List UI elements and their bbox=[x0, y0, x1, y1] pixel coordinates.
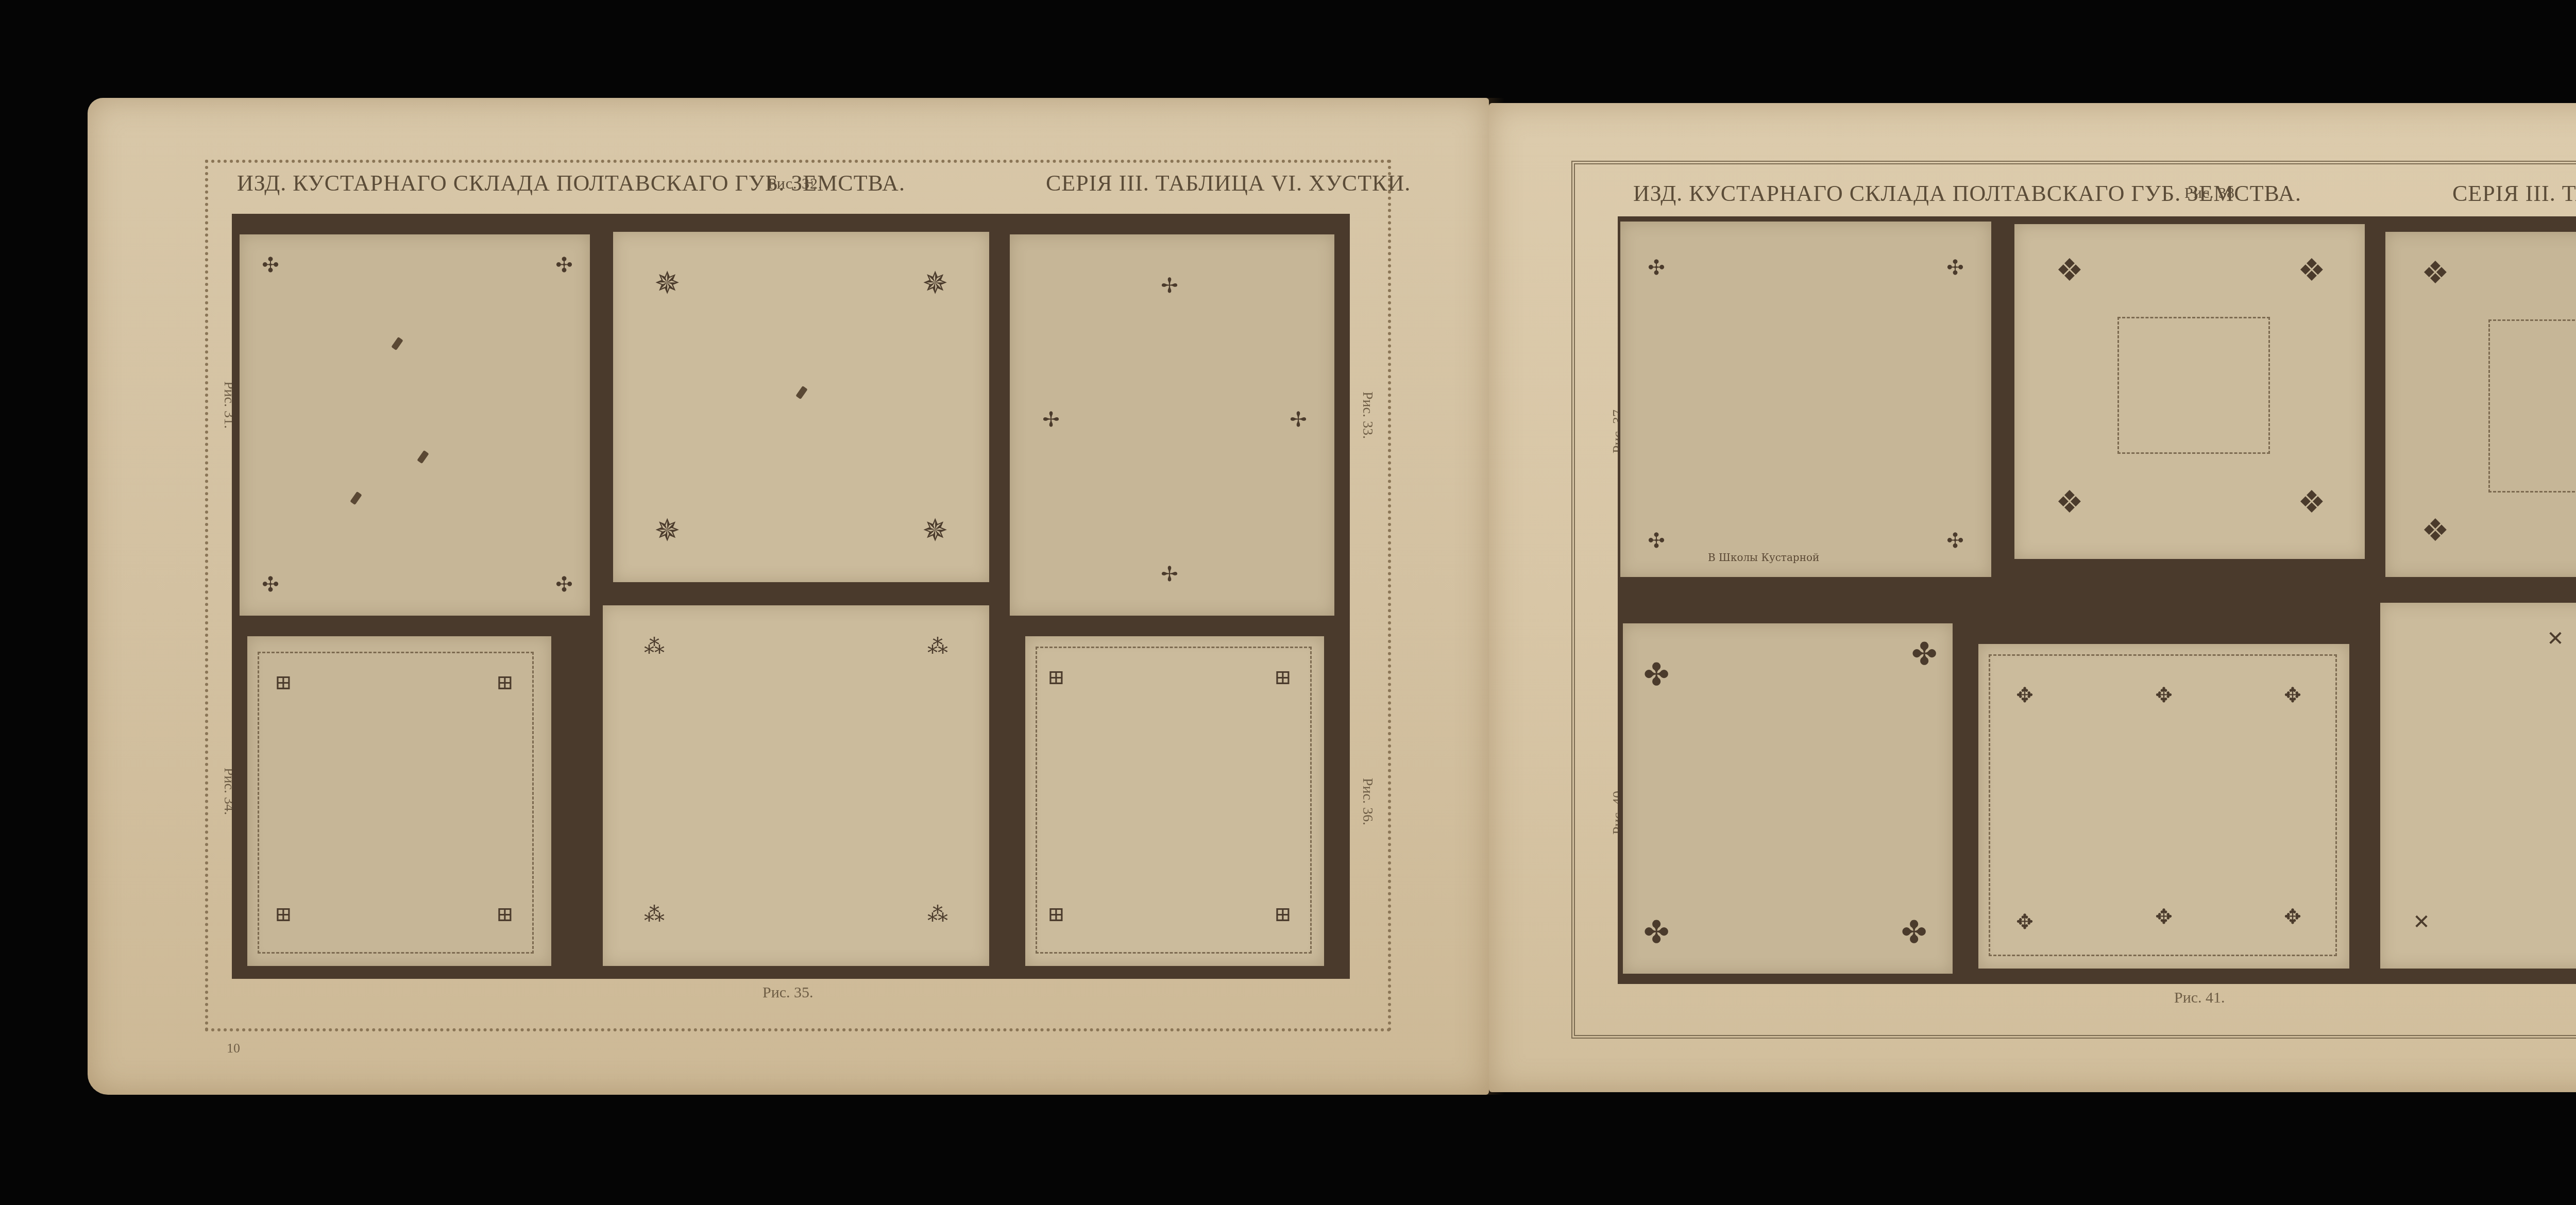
cross-stitch-motif-icon: ✣ bbox=[554, 255, 574, 276]
handkerchief-fig35: ⁂ ⁂ ⁂ ⁂ bbox=[603, 605, 989, 966]
handkerchief-fig37: ✣ ✣ ✣ ✣ В Школы Кустарной bbox=[1620, 222, 1991, 577]
motif-icon: ✥ bbox=[2154, 685, 2174, 706]
cross-stitch-motif-icon: ✣ bbox=[260, 574, 281, 595]
motif-icon: ✣ bbox=[1646, 531, 1667, 551]
left-page: ИЗД. КУСТАРНАГО СКЛАДА ПОЛТАВСКАГО ГУБ. … bbox=[88, 98, 1489, 1095]
right-page: ИЗД. КУСТАРНАГО СКЛАДА ПОЛТАВСКАГО ГУБ. … bbox=[1489, 103, 2576, 1092]
square-motif-icon: ⊞ bbox=[273, 904, 294, 925]
motif-icon: ❖ bbox=[2421, 520, 2442, 541]
handkerchief-fig33: ✢ ✢ ✢ ✢ bbox=[1010, 234, 1334, 616]
motif-icon: ❖ bbox=[2056, 492, 2076, 513]
square-motif-icon: ⊞ bbox=[1273, 904, 1293, 925]
cross-motif-icon: ✢ bbox=[1288, 410, 1309, 430]
star-motif-icon: ✵ bbox=[654, 520, 675, 541]
motif-icon: ❖ bbox=[2298, 492, 2318, 513]
cross-motif-icon: ✢ bbox=[1041, 410, 1061, 430]
header-figure-number: Рис. 32. bbox=[768, 175, 823, 193]
page-number: 10 bbox=[227, 1041, 240, 1056]
stitch-dot bbox=[391, 337, 403, 351]
bottom-caption: Рис. 41. bbox=[2174, 989, 2225, 1007]
cross-stitch-motif-icon: ✣ bbox=[554, 574, 574, 595]
motif-icon: ✣ bbox=[1945, 258, 1965, 278]
stitch-dot bbox=[417, 450, 429, 464]
handkerchief-fig40: ✤ ✤ ✤ ✤ bbox=[1623, 623, 1953, 974]
cross-stitch-motif-icon: ✣ bbox=[260, 255, 281, 276]
header-series-title: СЕРІЯ III. ТАБЛИЦА VI. ХУСТКИ. bbox=[1046, 170, 1411, 196]
handkerchief-fig39: ❖ ❖ ❖ ❖ bbox=[2385, 232, 2576, 577]
side-label-fig36: Рис. 36. bbox=[1359, 778, 1376, 825]
motif-icon: ✥ bbox=[2154, 907, 2174, 927]
motif-icon: ❖ bbox=[2056, 260, 2076, 281]
motif-icon: ⁂ bbox=[927, 904, 948, 925]
motif-icon: ✣ bbox=[1646, 258, 1667, 278]
square-motif-icon: ⊞ bbox=[495, 672, 515, 693]
motif-icon: ✥ bbox=[2014, 912, 2035, 932]
motif-icon: ✥ bbox=[2014, 685, 2035, 706]
star-motif-icon: ✵ bbox=[922, 520, 943, 541]
square-motif-icon: ⊞ bbox=[1046, 667, 1066, 688]
embroidered-inscription: В Школы Кустарной bbox=[1708, 551, 1819, 564]
motif-icon: ❖ bbox=[2421, 263, 2442, 283]
handkerchief-fig34: ⊞ ⊞ ⊞ ⊞ bbox=[247, 636, 551, 966]
stitch-dot bbox=[795, 386, 808, 400]
star-motif-icon: ✵ bbox=[654, 273, 675, 294]
motif-icon: ⁂ bbox=[927, 636, 948, 657]
motif-icon: ✤ bbox=[1643, 922, 1664, 943]
handkerchief-fig38: ❖ ❖ ❖ ❖ bbox=[2014, 224, 2365, 559]
header-figure-number: Рис. 38. bbox=[2184, 184, 2240, 202]
bottom-caption: Рис. 35. bbox=[762, 984, 814, 1002]
motif-icon: ✤ bbox=[1911, 644, 1932, 665]
square-motif-icon: ⊞ bbox=[1273, 667, 1293, 688]
cross-motif-icon: ✢ bbox=[1159, 276, 1180, 296]
side-label-fig33: Рис. 33. bbox=[1359, 392, 1376, 439]
motif-icon: ✥ bbox=[2282, 907, 2303, 927]
motif-icon: ✤ bbox=[1643, 665, 1664, 685]
motif-icon: ❖ bbox=[2298, 260, 2318, 281]
square-motif-icon: ⊞ bbox=[1046, 904, 1066, 925]
motif-icon: ✕ bbox=[2545, 629, 2566, 649]
motif-icon: ✥ bbox=[2282, 685, 2303, 706]
handkerchief-fig31: ✣ ✣ ✣ ✣ bbox=[240, 234, 590, 616]
handkerchief-fig36: ⊞ ⊞ ⊞ ⊞ bbox=[1025, 636, 1324, 966]
square-motif-icon: ⊞ bbox=[273, 672, 294, 693]
handkerchief-fig42: ✕ ✕ ✕ bbox=[2380, 603, 2576, 969]
square-motif-icon: ⊞ bbox=[495, 904, 515, 925]
star-motif-icon: ✵ bbox=[922, 273, 943, 294]
photo-plate-right: ✣ ✣ ✣ ✣ В Школы Кустарной ❖ ❖ ❖ ❖ ❖ ❖ ❖ … bbox=[1618, 216, 2576, 984]
motif-icon: ✕ bbox=[2411, 912, 2432, 932]
motif-icon: ✣ bbox=[1945, 531, 1965, 551]
motif-icon: ✤ bbox=[1901, 922, 1922, 943]
photo-plate-left: ✣ ✣ ✣ ✣ ✵ ✵ ✵ ✵ ✢ ✢ ✢ ✢ ⊞ ⊞ ⊞ ⊞ bbox=[232, 214, 1350, 979]
header-series-title: СЕРІЯ III. ТАБЛИЦА VII. ХУСТКИ. bbox=[2452, 180, 2576, 207]
motif-icon: ⁂ bbox=[644, 636, 665, 657]
cross-motif-icon: ✢ bbox=[1159, 564, 1180, 585]
stitch-dot bbox=[350, 491, 362, 505]
handkerchief-fig32: ✵ ✵ ✵ ✵ bbox=[613, 232, 989, 582]
motif-icon: ⁂ bbox=[644, 904, 665, 925]
handkerchief-fig41: ✥ ✥ ✥ ✥ ✥ ✥ bbox=[1978, 644, 2349, 969]
